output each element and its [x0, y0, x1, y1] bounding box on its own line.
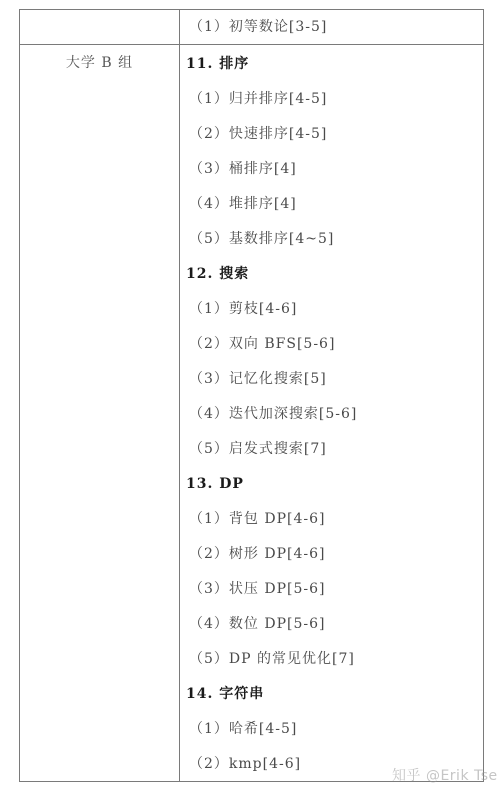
topic-item: （5）DP 的常见优化[7] [189, 648, 355, 670]
topic-item: （5）基数排序[4~5] [189, 228, 334, 250]
topic-item: （1）剪枝[4-6] [189, 298, 297, 320]
topic-heading-strings: 14. 字符串 [186, 683, 264, 705]
topic-item: （4）迭代加深搜索[5-6] [189, 403, 357, 425]
topic-item-elementary-number-theory: （1）初等数论[3-5] [189, 16, 327, 38]
topic-heading-sorting: 11. 排序 [186, 53, 249, 75]
topic-item: （2）快速排序[4-5] [189, 123, 327, 145]
topic-item: （3）记忆化搜索[5] [189, 368, 327, 390]
topic-item: （2）树形 DP[4-6] [189, 543, 325, 565]
topic-heading-search: 12. 搜索 [186, 263, 249, 285]
topic-item: （4）数位 DP[5-6] [189, 613, 325, 635]
topic-item: （1）背包 DP[4-6] [189, 508, 325, 530]
topic-item: （2）双向 BFS[5-6] [189, 333, 335, 355]
topic-item: （1）归并排序[4-5] [189, 88, 327, 110]
topic-item: （1）哈希[4-5] [189, 718, 297, 740]
topic-item: （3）桶排序[4] [189, 158, 297, 180]
topic-item: （3）状压 DP[5-6] [189, 578, 325, 600]
topic-item: （2）kmp[4-6] [189, 753, 301, 775]
topic-item: （4）堆排序[4] [189, 193, 297, 215]
topic-list-cell: 11. 排序 （1）归并排序[4-5] （2）快速排序[4-5] （3）桶排序[… [180, 45, 483, 782]
topic-heading-dp: 13. DP [186, 473, 244, 495]
syllabus-table: （1）初等数论[3-5] 大学 B 组 11. 排序 （1）归并排序[4-5] … [19, 9, 484, 782]
group-label-university-b: 大学 B 组 [20, 52, 179, 74]
zhihu-watermark: 知乎 @Erik Tse [392, 765, 498, 785]
table-row-number-theory: （1）初等数论[3-5] [20, 10, 483, 45]
topic-item: （5）启发式搜索[7] [189, 438, 327, 460]
